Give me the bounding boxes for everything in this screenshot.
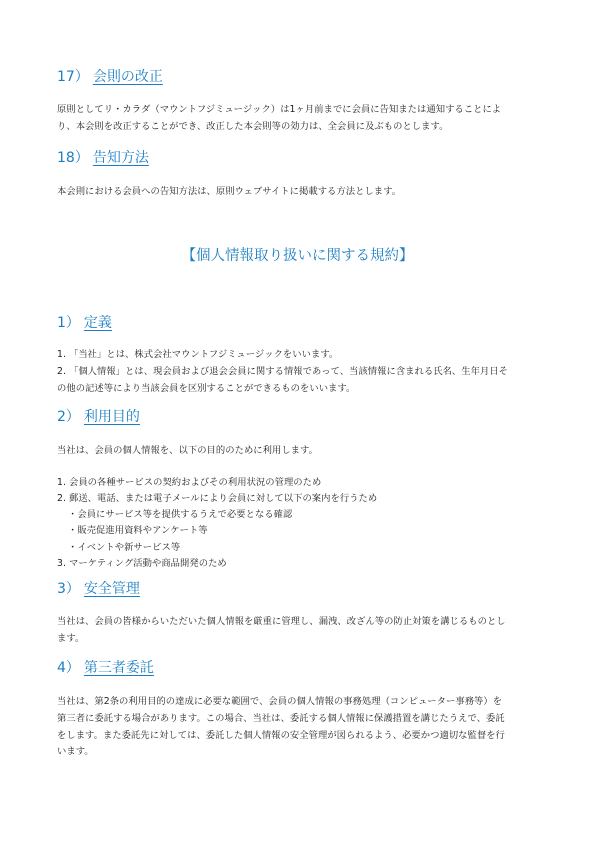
section-heading-purpose: 2）利用目的 (57, 408, 140, 426)
paragraph-line: ます。 (57, 632, 84, 646)
list-item: 3. マーケティング活動や商品開発のため (57, 557, 227, 571)
paragraph-line: 当社は、会員の皆様からいただいた個人情報を厳重に管理し、漏洩、改ざん等の防止対策… (57, 615, 506, 629)
sub-list-item: ・イベントや新サービス等 (68, 541, 180, 555)
section-heading-security: 3）安全管理 (57, 580, 140, 598)
section-heading-18: 18）告知方法 (57, 149, 149, 167)
paragraph-line: り、本会則を改正することができ、改正した本会則等の効力は、全会員に及ぶものとしま… (57, 120, 448, 134)
paragraph-line: 第三者に委託する場合があります。この場合、当社は、委託する個人情報に保護措置を講… (57, 712, 505, 726)
section-title-link[interactable]: 会則の改正 (93, 69, 163, 85)
section-heading-outsourcing: 4）第三者委託 (57, 659, 154, 677)
paragraph-line: の他の記述等により当該会員を区別することができるものをいいます。 (57, 382, 355, 396)
paragraph-line: います。 (57, 745, 94, 759)
section-heading-definition: 1）定義 (57, 314, 112, 332)
section-number: 1） (57, 315, 80, 331)
section-number: 2） (57, 409, 80, 425)
paragraph-line: 1. 「当社」とは、株式会社マウントフジミュージックをいいます。 (57, 348, 338, 362)
section-number: 3） (57, 581, 80, 597)
list-item: 1. 会員の各種サービスの契約およびその利用状況の管理のため (57, 476, 321, 490)
paragraph-line: 当社は、第2条の利用目的の達成に必要な範囲で、会員の個人情報の事務処理（コンピュ… (57, 695, 502, 709)
paragraph-line: をします。また委託先に対しては、委託した個人情報の安全管理が図られるよう、必要か… (57, 729, 505, 743)
section-number: 4） (57, 660, 80, 676)
list-item: 2. 郵送、電話、または電子メールにより会員に対して以下の案内を行うため (57, 492, 377, 506)
section-number: 17） (57, 69, 89, 85)
section-title-link[interactable]: 安全管理 (84, 581, 140, 597)
section-heading-17: 17）会則の改正 (57, 68, 163, 86)
section-number: 18） (57, 150, 89, 166)
privacy-policy-title: 【個人情報取り扱いに関する規約】 (0, 247, 595, 265)
paragraph-line: 2. 「個人情報」とは、現会員および退会会員に関する情報であって、当該情報に含ま… (57, 365, 508, 379)
section-title-link[interactable]: 利用目的 (84, 409, 140, 425)
section-title-link[interactable]: 定義 (84, 315, 112, 331)
sub-list-item: ・販売促進用資料やアンケート等 (68, 524, 208, 538)
sub-list-item: ・会員にサービス等を提供するうえで必要となる確認 (68, 508, 292, 522)
section-title-link[interactable]: 告知方法 (93, 150, 149, 166)
section-title-link[interactable]: 第三者委託 (84, 660, 154, 676)
paragraph-line: 当社は、会員の個人情報を、以下の目的のために利用します。 (57, 444, 318, 458)
paragraph-line: 原則としてリ・カラダ（マウントフジミュージック）は1ヶ月前までに会員に告知または… (57, 103, 501, 117)
paragraph-line: 本会則における会員への告知方法は、原則ウェブサイトに掲載する方法とします。 (57, 185, 401, 199)
